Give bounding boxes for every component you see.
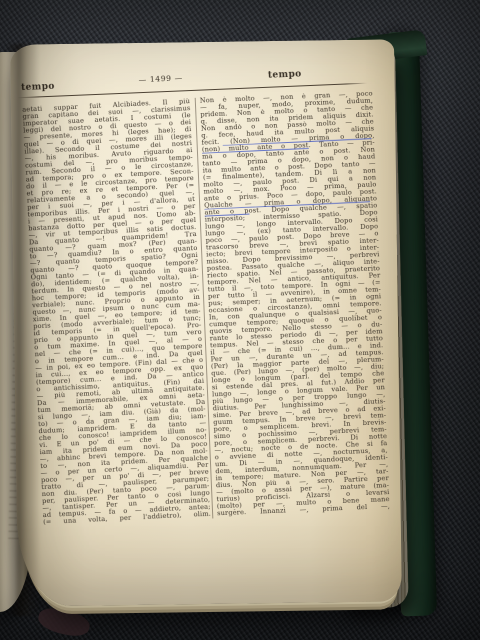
running-head-left-word: tempo	[21, 82, 55, 93]
page-content: tempo — 1499 — tempo aetati suppar fuit …	[6, 35, 413, 613]
book-page: tempo — 1499 — tempo aetati suppar fuit …	[10, 39, 402, 606]
page-number: — 1499 —	[138, 73, 182, 84]
book-photo: tempo — 1499 — tempo aetati suppar fuit …	[0, 0, 480, 640]
running-head-right-word: tempo	[268, 69, 302, 80]
left-column: aetati suppar fuit Alcibiades. Il piùgra…	[22, 98, 211, 527]
text-columns: aetati suppar fuit Alcibiades. Il piùgra…	[24, 90, 393, 525]
right-column: Non è molto —, non è gran —, poco— fa, n…	[200, 90, 390, 518]
